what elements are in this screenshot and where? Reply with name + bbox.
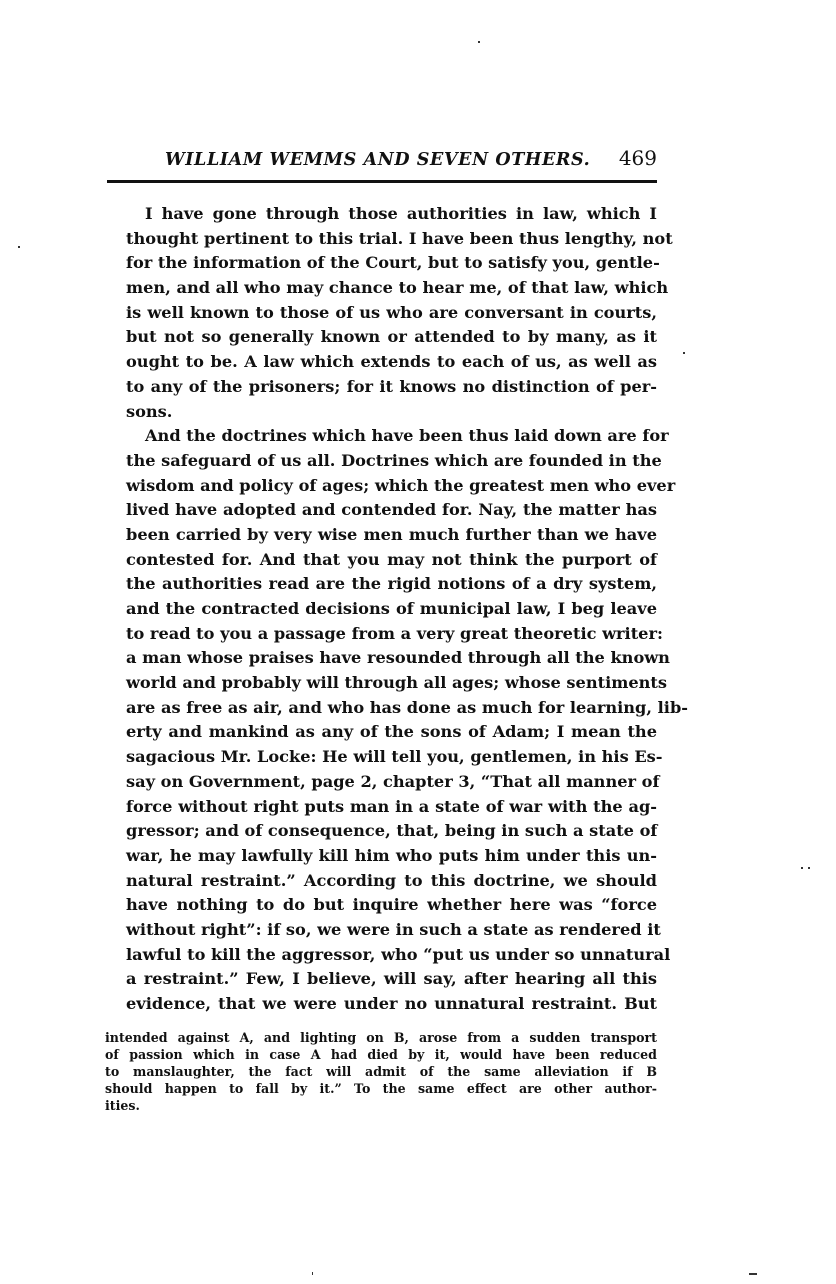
text-line: erty and mankind as any of the sons of A… bbox=[107, 720, 657, 745]
footnote: intended against A, and lighting on B, a… bbox=[105, 1029, 657, 1114]
scan-speck bbox=[478, 41, 480, 43]
text-line: are as free as air, and who has done as … bbox=[107, 696, 657, 721]
scan-speck bbox=[683, 352, 685, 354]
text-line: sons. bbox=[107, 400, 657, 425]
footnote-line: to manslaughter, the fact will admit of … bbox=[105, 1063, 657, 1080]
text-line: I have gone through those authorities in… bbox=[107, 202, 657, 227]
running-title: WILLIAM WEMMS AND SEVEN OTHERS. bbox=[165, 150, 590, 170]
text-line: ought to be. A law which extends to each… bbox=[107, 350, 657, 375]
footnote-line: ities. bbox=[105, 1097, 657, 1114]
scan-speck bbox=[808, 867, 810, 869]
text-line: lawful to kill the aggressor, who “put u… bbox=[107, 943, 657, 968]
body-text: I have gone through those authorities in… bbox=[107, 202, 657, 1017]
paragraph-2: And the doctrines which have been thus l… bbox=[107, 424, 657, 1017]
text-line: natural restraint.” According to this do… bbox=[107, 869, 657, 894]
footnote-line: should happen to fall by it.” To the sam… bbox=[105, 1080, 657, 1097]
footnote-line: of passion which in case A had died by i… bbox=[105, 1046, 657, 1063]
text-line: force without right puts man in a state … bbox=[107, 795, 657, 820]
text-line: thought pertinent to this trial. I have … bbox=[107, 227, 657, 252]
text-line: contested for. And that you may not thin… bbox=[107, 548, 657, 573]
text-line: war, he may lawfully kill him who puts h… bbox=[107, 844, 657, 869]
text-line: men, and all who may chance to hear me, … bbox=[107, 276, 657, 301]
text-line: say on Government, page 2, chapter 3, “T… bbox=[107, 770, 657, 795]
paragraph-1: I have gone through those authorities in… bbox=[107, 202, 657, 424]
text-line: for the information of the Court, but to… bbox=[107, 251, 657, 276]
text-line: evidence, that we were under no unnatura… bbox=[107, 992, 657, 1017]
text-line: but not so generally known or attended t… bbox=[107, 325, 657, 350]
text-line: a man whose praises have resounded throu… bbox=[107, 646, 657, 671]
text-line: to read to you a passage from a very gre… bbox=[107, 622, 657, 647]
scan-speck bbox=[801, 867, 803, 869]
text-line: wisdom and policy of ages; which the gre… bbox=[107, 474, 657, 499]
text-line: without right”: if so, we were in such a… bbox=[107, 918, 657, 943]
text-line: have nothing to do but inquire whether h… bbox=[107, 893, 657, 918]
text-line: gressor; and of consequence, that, being… bbox=[107, 819, 657, 844]
text-line: And the doctrines which have been thus l… bbox=[107, 424, 657, 449]
footnote-line: intended against A, and lighting on B, a… bbox=[105, 1029, 657, 1046]
text-line: sagacious Mr. Locke: He will tell you, g… bbox=[107, 745, 657, 770]
text-line: world and probably will through all ages… bbox=[107, 671, 657, 696]
text-line: the authorities read are the rigid notio… bbox=[107, 572, 657, 597]
text-line: is well known to those of us who are con… bbox=[107, 301, 657, 326]
text-line: a restraint.” Few, I believe, will say, … bbox=[107, 967, 657, 992]
page-number: 469 bbox=[619, 146, 657, 170]
scan-speck bbox=[749, 1273, 757, 1275]
text-line: to any of the prisoners; for it knows no… bbox=[107, 375, 657, 400]
text-line: and the contracted decisions of municipa… bbox=[107, 597, 657, 622]
running-header: WILLIAM WEMMS AND SEVEN OTHERS. 469 bbox=[107, 146, 657, 178]
text-line: the safeguard of us all. Doctrines which… bbox=[107, 449, 657, 474]
text-line: been carried by very wise men much furth… bbox=[107, 523, 657, 548]
text-line: lived have adopted and contended for. Na… bbox=[107, 498, 657, 523]
scan-speck bbox=[18, 246, 20, 248]
scan-speck bbox=[312, 1272, 313, 1275]
book-page: WILLIAM WEMMS AND SEVEN OTHERS. 469 I ha… bbox=[107, 146, 657, 1114]
header-rule bbox=[107, 180, 657, 183]
